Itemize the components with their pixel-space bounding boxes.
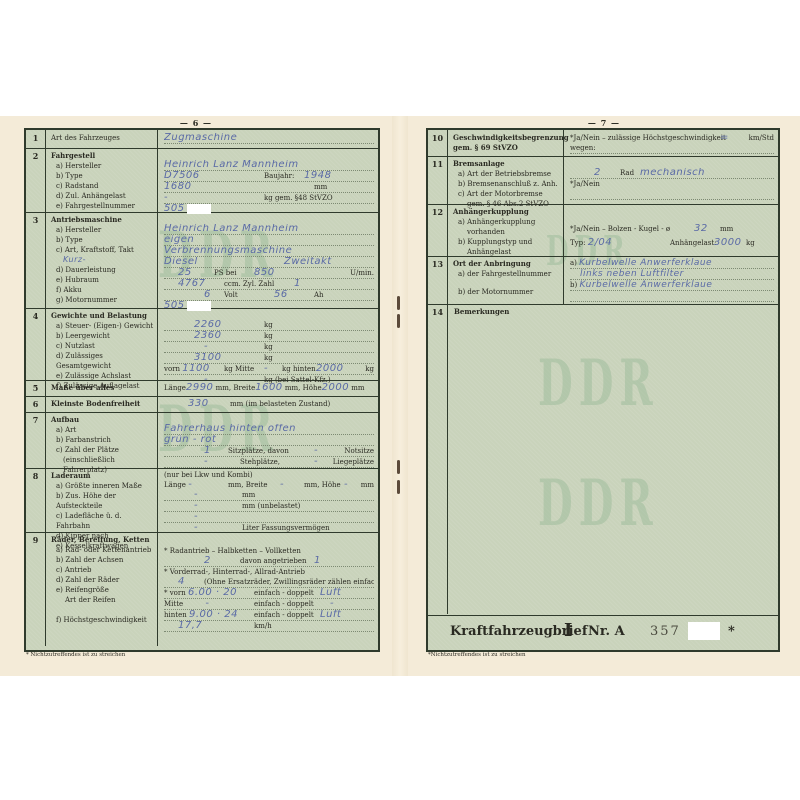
page-6: — 6 — DDR DDR 1 Art des Fahrzeuges Zugma… xyxy=(0,116,392,676)
section-heading: Bremsanlage xyxy=(453,159,563,169)
field-label: d) Zahl der Räder xyxy=(51,575,157,585)
row-number: 12 xyxy=(428,204,448,256)
service-brake: mechanisch xyxy=(640,168,705,178)
engine-type: eigen xyxy=(164,235,374,246)
row-number: 10 xyxy=(428,130,448,156)
coupling-diameter: 32 xyxy=(694,224,708,234)
staple xyxy=(397,296,400,310)
row-number: 6 xyxy=(26,396,46,412)
row-6-bodenfreiheit: 6 Kleinste Bodenfreiheit 330 mm (im bela… xyxy=(26,396,378,413)
field-label: Art der Reifen xyxy=(51,595,157,605)
engine-brake xyxy=(570,189,774,200)
field-label: f) Höchstgeschwindigkeit xyxy=(51,615,157,625)
staple xyxy=(397,460,400,474)
section-heading: Laderaum xyxy=(51,471,157,481)
tire-front-type: Luft xyxy=(320,588,341,598)
staple xyxy=(397,480,400,494)
chassis-type: D7506 xyxy=(164,171,200,181)
kfz-brief-footer: Kraftfahrzeugbrief I Nr. A 357 * xyxy=(428,615,778,650)
staple xyxy=(397,314,400,328)
gross-weight: 3100 xyxy=(164,353,221,363)
max-speed: 17,7 xyxy=(164,621,202,631)
axle-load-front: 1100 xyxy=(182,364,209,374)
field-label: Art des Fahrzeuges xyxy=(51,134,120,142)
row-11-bremsanlage: 11 Bremsanlage a) Art der Betriebsbremse… xyxy=(428,156,778,205)
row-2-fahrgestell: 2 Fahrgestell a) Hersteller b) Type c) R… xyxy=(26,148,378,213)
row-12-anhaengerkupplung: 12 Anhängerkupplung a) Anhängerkupplung … xyxy=(428,204,778,257)
axle-load-rear: 2000 xyxy=(316,364,343,374)
form-left: DDR DDR 1 Art des Fahrzeuges Zugmaschine… xyxy=(24,128,380,652)
tire-front: 6.00 · 20 xyxy=(188,588,237,598)
standing-places: - xyxy=(164,457,208,467)
row-8-laderaum: 8 Laderaum a) Größte inneren Maße b) Zus… xyxy=(26,468,378,533)
build-year: 1948 xyxy=(304,171,331,181)
length: 2990 xyxy=(186,383,213,393)
field-label: c) Zahl der Plätze xyxy=(51,445,157,455)
field-label: a) Steuer- (Eigen-) Gewicht xyxy=(51,321,157,331)
emergency-seats: - xyxy=(314,446,318,456)
section-heading: Räder, Bereifung, Ketten xyxy=(51,535,157,545)
field-label: a) der Fahrgestellnummer xyxy=(453,269,563,279)
field-label: a) Hersteller xyxy=(51,225,157,235)
field-label: b) der Motornummer xyxy=(453,287,563,297)
stroke: Zweitakt xyxy=(284,257,332,267)
row-number: 11 xyxy=(428,156,448,204)
row-number: 3 xyxy=(26,212,46,308)
field-label: b) Type xyxy=(51,171,157,181)
speed-limit: = xyxy=(720,133,729,143)
row-5-masse: 5 Maße über alles Länge2990 mm, Breite16… xyxy=(26,380,378,397)
field-label: vorhanden xyxy=(453,227,563,237)
page-7: — 7 — DDR DDR DDR 10 Geschwindigkeitsbeg… xyxy=(408,116,800,676)
chassis-number-location-2: links neben Luftfilter xyxy=(570,269,684,279)
row-14-bemerkungen: 14 Bemerkungen xyxy=(428,304,778,614)
battery-volt: 6 xyxy=(164,290,211,300)
document-spread: — 6 — DDR DDR 1 Art des Fahrzeuges Zugma… xyxy=(0,116,800,676)
rpm: 850 xyxy=(254,268,275,278)
field-label: d) Zulässiges Gesamtgewicht xyxy=(51,351,157,371)
field-label: g) Motornummer xyxy=(51,295,157,305)
body-type: Fahrerhaus hinten offen xyxy=(164,424,374,435)
field-label: e) Fahrgestellnummer xyxy=(51,201,157,211)
tire-middle-type: - xyxy=(330,599,334,609)
power: 25 xyxy=(164,268,192,278)
document-serial: 357 xyxy=(650,624,681,639)
field-label: b) Leergewicht xyxy=(51,331,157,341)
height: 2000 xyxy=(322,383,349,393)
field-label: b) Kupplungstyp und xyxy=(453,237,563,247)
trailer-load-value: 3000 xyxy=(714,238,741,248)
width: 1600 xyxy=(255,383,282,393)
form-right: DDR DDR DDR 10 Geschwindigkeitsbegrenzun… xyxy=(426,128,780,652)
field-label: a) Art der Betriebsbremse xyxy=(453,169,563,179)
field-label: b) Zus. Höhe der Aufsteckteile xyxy=(51,491,157,511)
wheelbase: 1680 xyxy=(164,182,191,192)
field-label: gem. § 69 StVZO xyxy=(453,143,563,153)
footnote: * Nichtzutreffendes ist zu streichen xyxy=(26,652,125,658)
field-label: a) Anhängerkupplung xyxy=(453,217,563,227)
row-number: 8 xyxy=(26,468,46,532)
brake-wheel-count: 2 xyxy=(570,168,601,178)
row-4-gewichte: 4 Gewichte und Belastung a) Steuer- (Eig… xyxy=(26,308,378,381)
paint-color: grün - rot xyxy=(164,435,374,446)
field-label: c) Art, Kraftstoff, Takt xyxy=(51,245,157,255)
row-number: 1 xyxy=(26,130,46,148)
remarks-label: Bemerkungen xyxy=(454,307,509,316)
tire-rear-type: Luft xyxy=(320,610,341,620)
battery-ah: 56 xyxy=(274,290,288,300)
coupling-type: 2/04 xyxy=(588,238,612,248)
cargo-length: - xyxy=(188,480,192,490)
displacement: 4767 xyxy=(164,279,205,289)
document-part: I xyxy=(564,620,572,641)
row-number: 9 xyxy=(26,532,46,646)
trailer-load: - xyxy=(164,193,168,203)
row-7-aufbau: 7 Aufbau a) Art b) Farbanstrich c) Zahl … xyxy=(26,412,378,469)
drive-options: * Radantrieb – Halbketten – Vollketten xyxy=(164,546,374,556)
gutter xyxy=(392,116,408,676)
row-number: 2 xyxy=(26,148,46,212)
field-label: d) Zul. Anhängelast xyxy=(51,191,157,201)
section-heading: Ort der Anbringung xyxy=(453,259,563,269)
row-1: 1 Art des Fahrzeuges Zugmaschine xyxy=(26,130,378,149)
section-heading: Fahrgestell xyxy=(51,151,157,161)
reason-label: wegen: xyxy=(570,144,596,152)
row-10-geschwindigkeit: 10 Geschwindigkeitsbegrenzung gem. § 69 … xyxy=(428,130,778,157)
fuel: Diesel xyxy=(164,257,198,267)
row-13-anbringung: 13 Ort der Anbringung a) der Fahrgestell… xyxy=(428,256,778,305)
field-label: d) Dauerleistung xyxy=(51,265,157,275)
row-3-antriebsmaschine: 3 Antriebsmaschine a) Hersteller b) Type… xyxy=(26,212,378,309)
row-9-raeder: 9 Räder, Bereifung, Ketten a) Rad- oder … xyxy=(26,532,378,646)
asterisk: * xyxy=(728,624,735,639)
field-label: a) Größte inneren Maße xyxy=(51,481,157,491)
wheels: 4 xyxy=(164,577,185,587)
tipper: - xyxy=(164,512,198,522)
engine-number-location: Kurbelwelle Anwerferklaue xyxy=(579,280,712,290)
page-number: — 7 — xyxy=(408,118,800,128)
brake-connection: *Ja/Nein xyxy=(570,179,774,189)
section-heading: Anhängerkupplung xyxy=(453,207,563,217)
chassis-number-location: Kurbelwelle Anwerferklaue xyxy=(579,258,712,268)
document-nr-label: Nr. A xyxy=(588,624,625,639)
berths: - xyxy=(314,457,318,467)
drive-type: * Vorderrad-, Hinterrad-, Allrad-Antrieb xyxy=(164,567,374,577)
seats: 1 xyxy=(164,446,211,456)
field-label: f) Akku xyxy=(51,285,157,295)
note: (nur bei Lkw und Kombi) xyxy=(164,470,374,480)
row-number: 14 xyxy=(428,304,448,614)
axles: 2 xyxy=(164,556,211,566)
chassis-manufacturer: Heinrich Lanz Mannheim xyxy=(164,160,374,171)
row-number: 4 xyxy=(26,308,46,380)
empty-weight: 2360 xyxy=(164,331,221,341)
engine-manufacturer: Heinrich Lanz Mannheim xyxy=(164,224,374,235)
field-label: a) Rad- oder Kettenantrieb xyxy=(51,545,157,555)
field-label: c) Art der Motorbremse xyxy=(453,189,563,199)
section-heading: Aufbau xyxy=(51,415,157,425)
row-number: 13 xyxy=(428,256,448,304)
row-number: 5 xyxy=(26,380,46,396)
field-label: a) Hersteller xyxy=(51,161,157,171)
engine-kind: Verbrennungsmaschine xyxy=(164,246,374,257)
field-label: b) Type xyxy=(51,235,157,245)
handwritten-note: Kurz- xyxy=(51,255,157,265)
field-label: a) Art xyxy=(51,425,157,435)
payload: - xyxy=(164,342,208,352)
field-label: c) Nutzlast xyxy=(51,341,157,351)
field-label: Geschwindigkeitsbegrenzung xyxy=(453,133,563,143)
field-label: e) Hubraum xyxy=(51,275,157,285)
driven-axles: 1 xyxy=(314,556,321,566)
ground-clearance: 330 xyxy=(164,399,209,409)
cylinders: 1 xyxy=(294,279,301,289)
field-label: b) Bremsenanschluß z. Anh. xyxy=(453,179,563,189)
field-label: c) Antrieb xyxy=(51,565,157,575)
field-label: c) Ladefläche ü. d. Fahrbahn xyxy=(51,511,157,531)
tire-middle: - xyxy=(185,599,209,609)
redacted-block xyxy=(688,622,720,640)
field-label: Baujahr: xyxy=(264,171,294,181)
extension-height: - xyxy=(164,490,198,500)
tire-rear: 9.00 · 24 xyxy=(189,610,238,620)
section-heading: Gewichte und Belastung xyxy=(51,311,157,321)
cargo-height: - xyxy=(344,480,348,490)
field-label: Kleinste Bodenfreiheit xyxy=(51,399,140,408)
footnote: *Nichtzutreffendes ist zu streichen xyxy=(428,652,526,658)
tax-weight: 2260 xyxy=(164,320,221,330)
cargo-width: - xyxy=(280,480,284,490)
vehicle-type-value: Zugmaschine xyxy=(164,133,374,144)
field-label: Maße über alles xyxy=(51,383,114,392)
field-label: c) Radstand xyxy=(51,181,157,191)
load-floor-height: - xyxy=(164,501,198,511)
section-heading: Antriebsmaschine xyxy=(51,215,157,225)
field-label: b) Farbanstrich xyxy=(51,435,157,445)
field-label: b) Zahl der Achsen xyxy=(51,555,157,565)
row-number: 7 xyxy=(26,412,46,468)
axle-load-middle: - xyxy=(264,364,268,374)
page-number: — 6 — xyxy=(0,118,392,128)
field-label: e) Reifengröße xyxy=(51,585,157,595)
